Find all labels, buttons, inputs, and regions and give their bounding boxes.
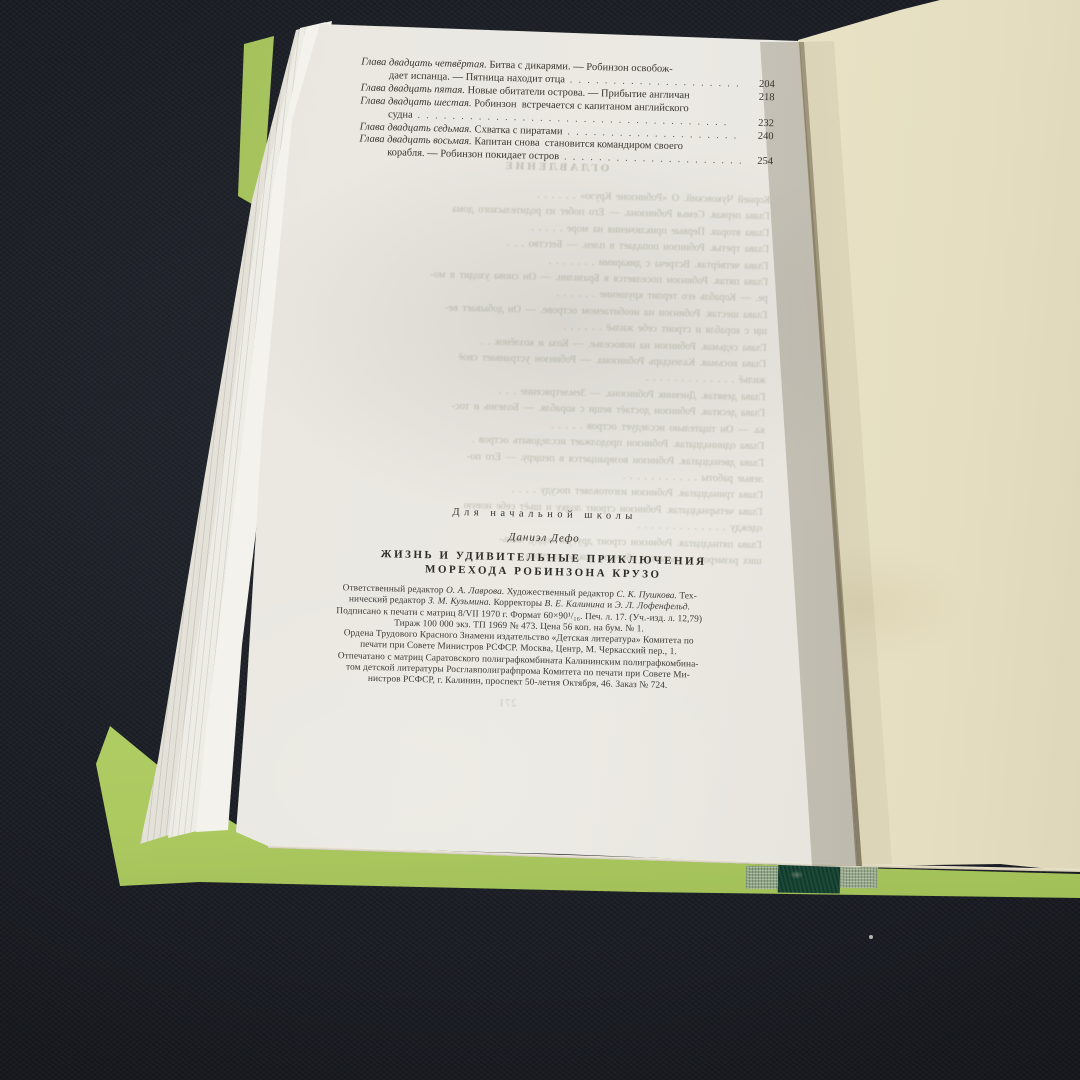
photo-open-book: Глава двадцать четвёртая. Битва с дикаря… [0,0,1080,1080]
toc-page-number: 218 [748,92,774,106]
page-number-bleed: 271 [498,698,516,709]
toc-page-number: 240 [747,130,773,144]
spine-cloth-teal [778,862,841,893]
toc-page-number: 232 [748,117,774,131]
toc-page-number [747,151,773,152]
toc-chapter-label: Глава двадцать восьмая. [359,134,472,150]
dust-speck [869,935,873,939]
imprint-block: Ответственный редактор О. А. Лаврова. Ху… [277,582,761,695]
toc-page-number [749,74,775,75]
spine-headband-weave [840,866,878,889]
toc-chapter-label: Глава двадцать шестая. [360,95,472,111]
leader-dots [688,150,742,151]
toc-block: Глава двадцать четвёртая. Битва с дикаря… [359,57,775,170]
leader-dots [694,111,743,112]
leader-dots [678,72,744,74]
toc-entry-text: судна [388,109,413,122]
toc-page-number [748,112,774,113]
printed-page-content: Глава двадцать четвёртая. Битва с дикаря… [318,30,773,870]
toc-page-number: 204 [749,79,775,93]
leader-dots [695,98,744,99]
